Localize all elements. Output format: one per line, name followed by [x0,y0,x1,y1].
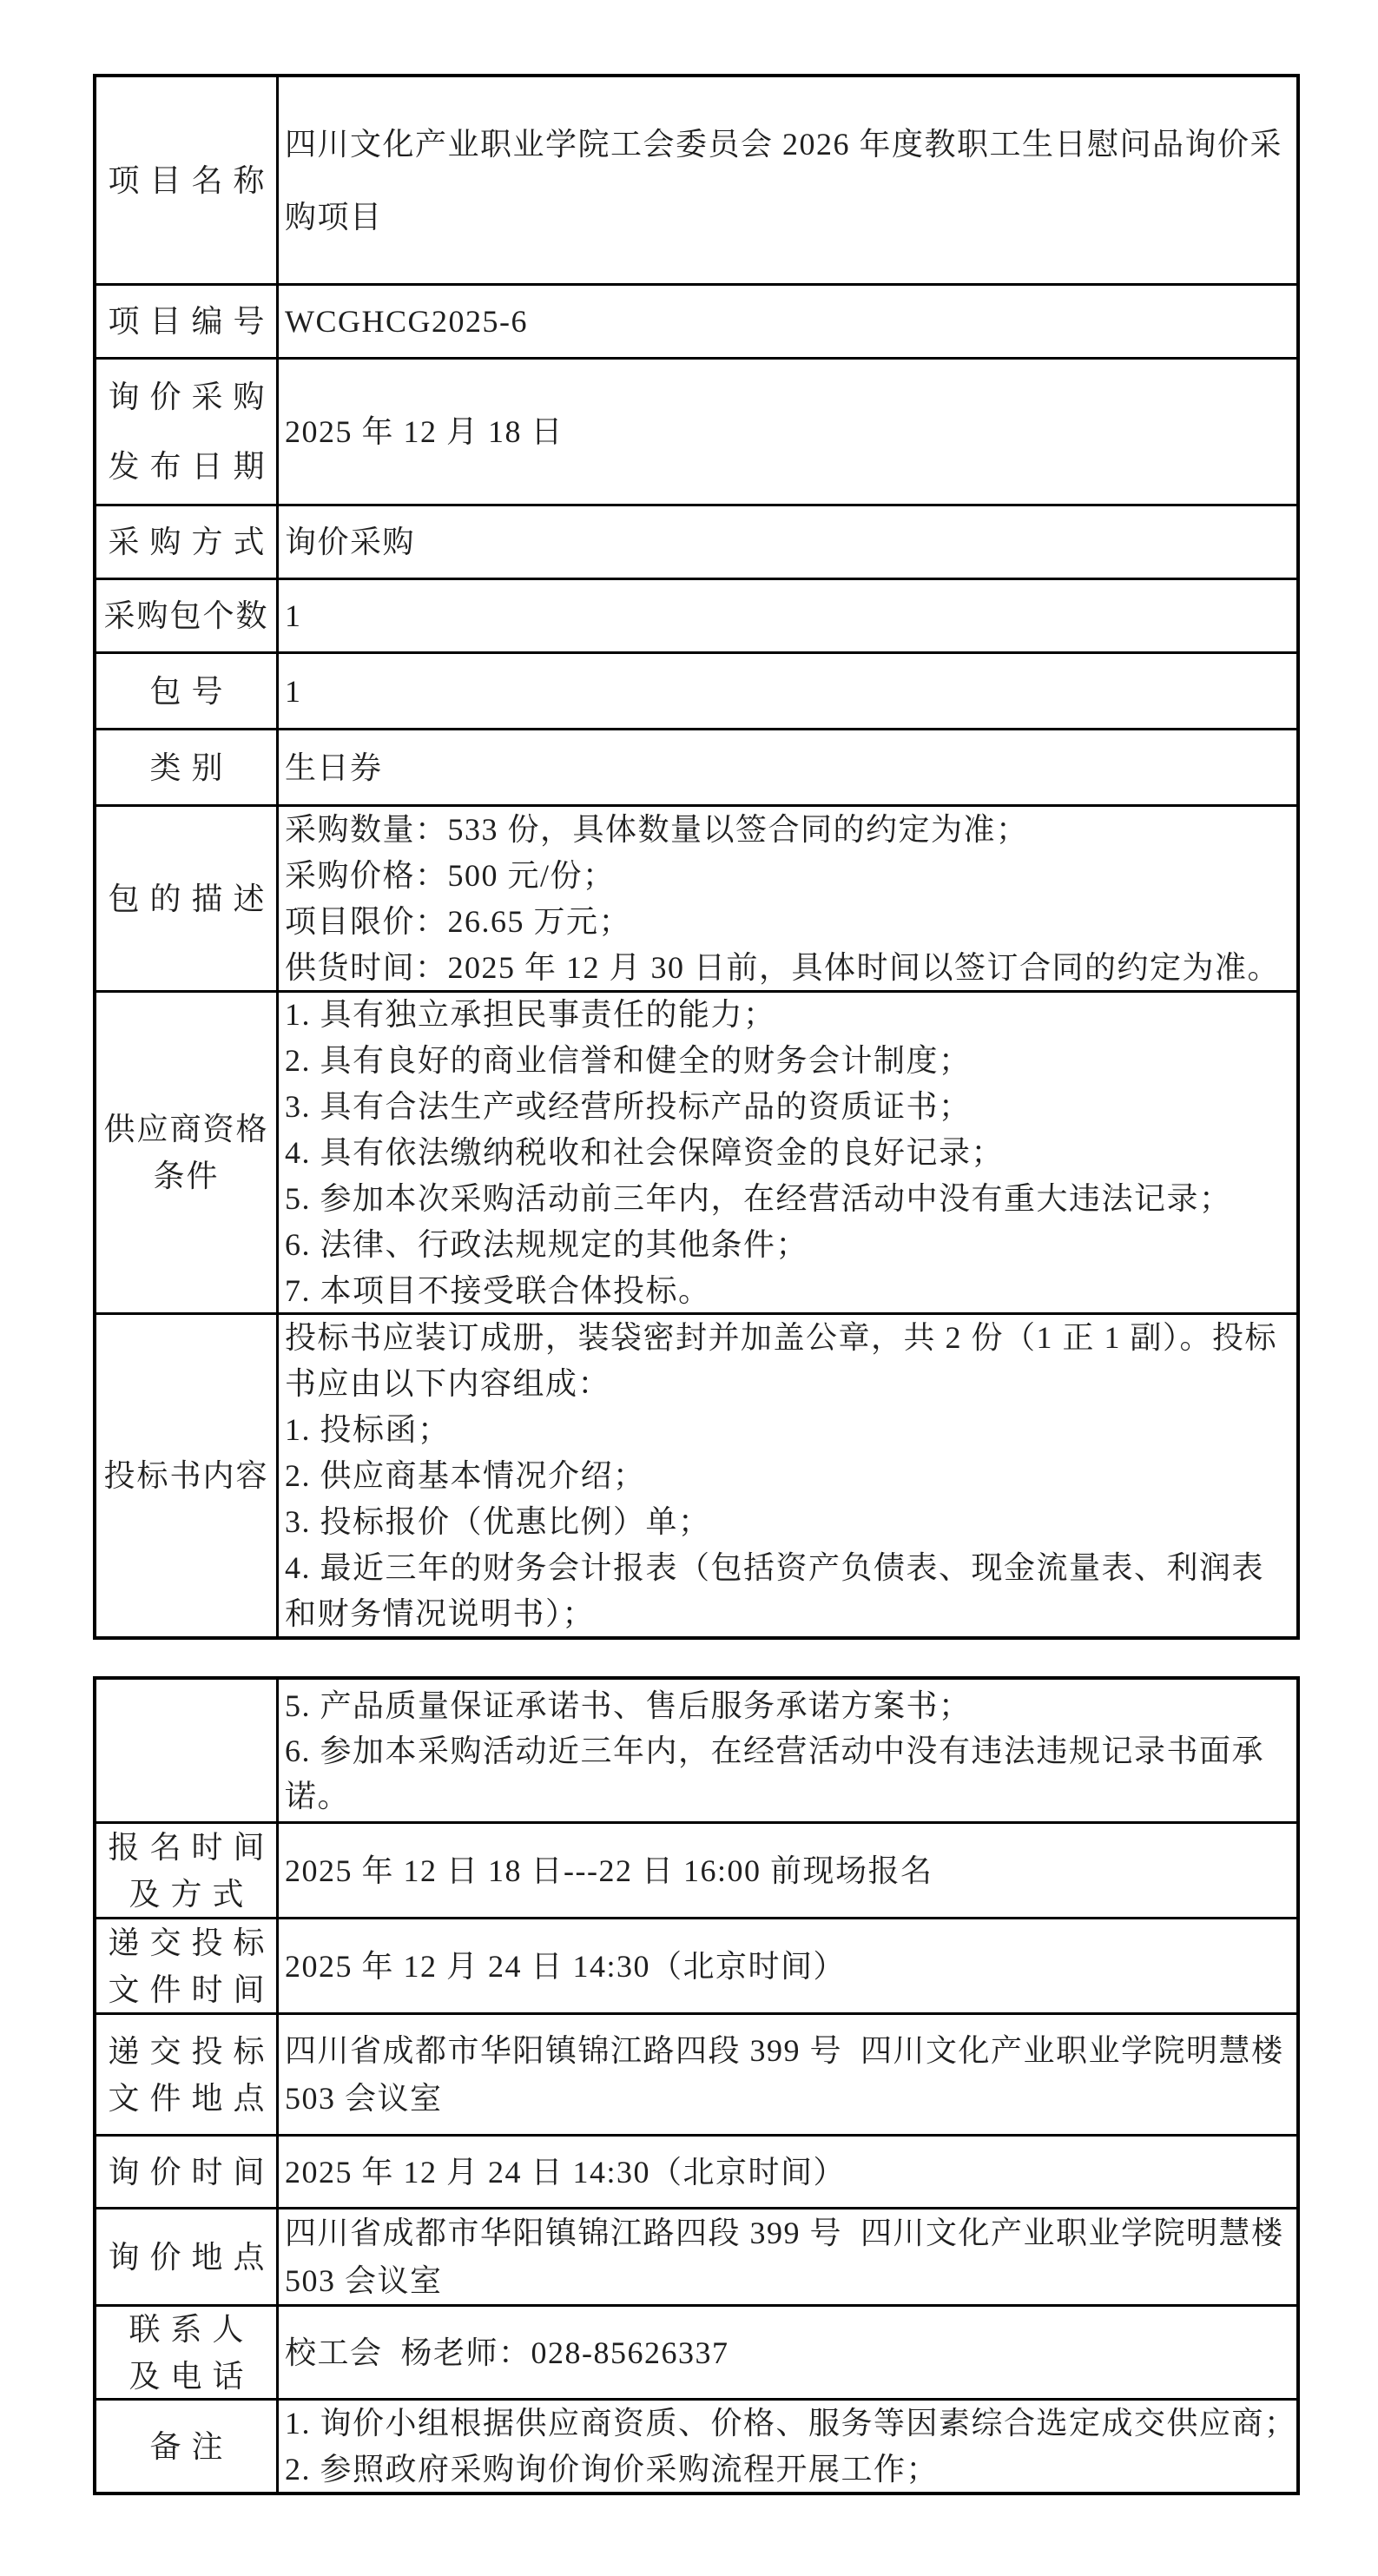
row-label-cell: 联系人 及电话 [96,2307,279,2398]
row-value: 1 [285,593,302,638]
row-label: 联系人 及电话 [118,2307,254,2398]
table-row: 询价采购 发布日期2025 年 12 月 18 日 [96,357,1296,504]
row-label: 采购方式 [97,519,274,565]
row-label-cell: 项目名称 [96,77,279,283]
row-value-cell: 2025 年 12 月 18 日 [279,360,1296,504]
row-value-cell: 2025 年 12 月 24 日 14:30（北京时间） [279,1919,1296,2012]
document-page: 项目名称四川文化产业职业学院工会委员会 2026 年度教职工生日慰问品询价采 购… [0,0,1378,2576]
row-label: 询价采购 发布日期 [97,362,274,501]
row-value: 5. 产品质量保证承诺书、售后服务承诺方案书； 6. 参加本采购活动近三年内，在… [285,1683,1264,1819]
row-value: 四川省成都市华阳镇锦江路四段 399 号 四川文化产业职业学院明慧楼 503 会… [285,2027,1284,2123]
row-label: 投标书内容 [103,1452,268,1499]
row-value-cell: 1 [279,580,1296,651]
table-row: 项目名称四川文化产业职业学院工会委员会 2026 年度教职工生日慰问品询价采 购… [96,77,1296,283]
row-label: 询价地点 [97,2234,274,2281]
table-row: 递交投标 文件地点四川省成都市华阳镇锦江路四段 399 号 四川文化产业职业学院… [96,2012,1296,2134]
table-row: 供应商资格 条件1. 具有独立承担民事责任的能力； 2. 具有良好的商业信誉和健… [96,990,1296,1312]
row-label-cell: 询价时间 [96,2137,279,2207]
row-value: 校工会 杨老师：028-85626337 [285,2330,729,2375]
row-value: 2025 年 12 月 24 日 14:30（北京时间） [285,1944,846,1989]
row-value: 1 [285,669,302,714]
table-row: 包的描述采购数量：533 份，具体数量以签合同的约定为准； 采购价格：500 元… [96,804,1296,990]
row-label-cell [96,1680,279,1821]
row-label-cell: 供应商资格 条件 [96,993,279,1312]
row-value-cell: 1 [279,654,1296,728]
row-label-cell: 递交投标 文件时间 [96,1919,279,2012]
row-value: 生日券 [285,745,383,790]
procurement-info-table-continued: 5. 产品质量保证承诺书、售后服务承诺方案书； 6. 参加本采购活动近三年内，在… [93,1676,1300,2495]
row-value-cell: 四川省成都市华阳镇锦江路四段 399 号 四川文化产业职业学院明慧楼 503 会… [279,2015,1296,2134]
row-label: 递交投标 文件地点 [97,2028,274,2122]
row-label: 包号 [139,668,233,715]
row-label: 递交投标 文件时间 [97,1919,274,2012]
row-label-cell: 递交投标 文件地点 [96,2015,279,2134]
row-value: 2025 年 12 月 18 日 [285,409,564,454]
row-value-cell: 采购数量：533 份，具体数量以签合同的约定为准； 采购价格：500 元/份； … [279,807,1296,990]
row-label: 供应商资格 条件 [103,1106,268,1199]
table-row: 采购包个数1 [96,578,1296,651]
row-value-cell: 2025 年 12 月 24 日 14:30（北京时间） [279,2137,1296,2207]
row-label: 项目名称 [97,157,274,204]
row-label-cell: 包的描述 [96,807,279,990]
row-label: 采购包个数 [103,592,268,639]
row-label: 询价时间 [97,2149,274,2196]
row-value-cell: 询价采购 [279,506,1296,578]
table-row: 备注1. 询价小组根据供应商资质、价格、服务等因素综合选定成交供应商； 2. 参… [96,2398,1296,2492]
row-value-cell: 1. 具有独立承担民事责任的能力； 2. 具有良好的商业信誉和健全的财务会计制度… [279,993,1296,1312]
table-row: 项目编号WCGHCG2025-6 [96,283,1296,357]
row-value: 2025 年 12 日 18 日---22 日 16:00 前现场报名 [285,1848,933,1893]
row-value: 2025 年 12 月 24 日 14:30（北京时间） [285,2150,846,2195]
table-row: 5. 产品质量保证承诺书、售后服务承诺方案书； 6. 参加本采购活动近三年内，在… [96,1680,1296,1821]
row-value-cell: 校工会 杨老师：028-85626337 [279,2307,1296,2398]
row-label-cell: 类别 [96,730,279,804]
row-label: 类别 [139,744,233,791]
row-label-cell: 项目编号 [96,286,279,357]
table-row: 递交投标 文件时间2025 年 12 月 24 日 14:30（北京时间） [96,1917,1296,2012]
row-value-cell: WCGHCG2025-6 [279,286,1296,357]
row-value-cell: 四川文化产业职业学院工会委员会 2026 年度教职工生日慰问品询价采 购项目 [279,77,1296,283]
row-value: 询价采购 [285,519,415,565]
row-value-cell: 生日券 [279,730,1296,804]
row-value: 四川文化产业职业学院工会委员会 2026 年度教职工生日慰问品询价采 购项目 [285,108,1282,254]
table-row: 采购方式询价采购 [96,504,1296,578]
table-row: 询价时间2025 年 12 月 24 日 14:30（北京时间） [96,2134,1296,2207]
table-row: 询价地点四川省成都市华阳镇锦江路四段 399 号 四川文化产业职业学院明慧楼 5… [96,2207,1296,2304]
row-value-cell: 2025 年 12 日 18 日---22 日 16:00 前现场报名 [279,1824,1296,1917]
row-value-cell: 投标书应装订成册，装袋密封并加盖公章，共 2 份（1 正 1 副）。投标 书应由… [279,1315,1296,1636]
row-label-cell: 包号 [96,654,279,728]
row-value-cell: 1. 询价小组根据供应商资质、价格、服务等因素综合选定成交供应商； 2. 参照政… [279,2401,1296,2492]
row-label: 包的描述 [97,875,274,922]
row-value: 四川省成都市华阳镇锦江路四段 399 号 四川文化产业职业学院明慧楼 503 会… [285,2209,1284,2304]
table-row: 报名时间 及方式2025 年 12 日 18 日---22 日 16:00 前现… [96,1821,1296,1917]
row-value-cell: 四川省成都市华阳镇锦江路四段 399 号 四川文化产业职业学院明慧楼 503 会… [279,2209,1296,2304]
row-value: 投标书应装订成册，装袋密封并加盖公章，共 2 份（1 正 1 副）。投标 书应由… [285,1315,1277,1636]
row-label-cell: 采购方式 [96,506,279,578]
procurement-info-table: 项目名称四川文化产业职业学院工会委员会 2026 年度教职工生日慰问品询价采 购… [93,74,1300,1640]
table-row: 包号1 [96,651,1296,728]
table-row: 投标书内容投标书应装订成册，装袋密封并加盖公章，共 2 份（1 正 1 副）。投… [96,1312,1296,1636]
table-row: 联系人 及电话校工会 杨老师：028-85626337 [96,2304,1296,2398]
row-value-cell: 5. 产品质量保证承诺书、售后服务承诺方案书； 6. 参加本采购活动近三年内，在… [279,1680,1296,1821]
row-label: 备注 [139,2423,233,2470]
table-row: 类别生日券 [96,728,1296,804]
row-label-cell: 询价地点 [96,2209,279,2304]
row-value: WCGHCG2025-6 [285,299,528,344]
row-label: 项目编号 [97,298,274,345]
row-label-cell: 报名时间 及方式 [96,1824,279,1917]
row-value: 采购数量：533 份，具体数量以签合同的约定为准； 采购价格：500 元/份； … [285,807,1280,990]
row-value: 1. 具有独立承担民事责任的能力； 2. 具有良好的商业信誉和健全的财务会计制度… [285,993,1232,1312]
row-label-cell: 询价采购 发布日期 [96,360,279,504]
row-value: 1. 询价小组根据供应商资质、价格、服务等因素综合选定成交供应商； 2. 参照政… [285,2401,1296,2492]
row-label-cell: 采购包个数 [96,580,279,651]
row-label-cell: 投标书内容 [96,1315,279,1636]
row-label-cell: 备注 [96,2401,279,2492]
row-label: 报名时间 及方式 [97,1824,274,1917]
